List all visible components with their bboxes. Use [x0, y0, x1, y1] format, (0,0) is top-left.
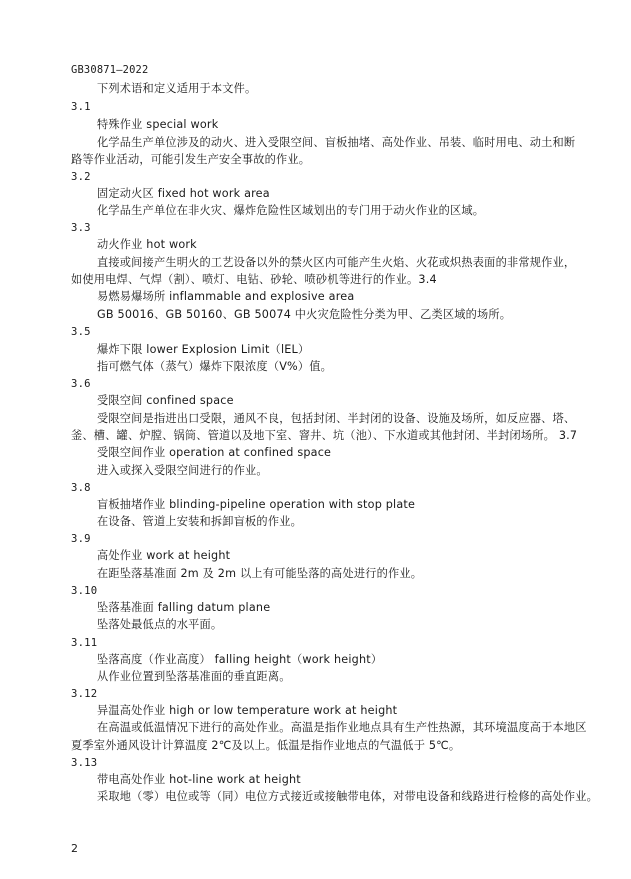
term-definition: 釜、槽、罐、炉膛、锅筒、管道以及地下室、窨井、坑（池）、下水道或其他封闭、半封闭… [71, 429, 577, 443]
term-title: 受限空间 confined space [97, 394, 234, 408]
clause-number: 3.5 [71, 325, 91, 339]
clause-number: 3.3 [71, 221, 91, 235]
term-definition: 在设备、管道上安装和拆卸盲板的作业。 [97, 515, 302, 529]
clause-number: 3.12 [71, 687, 97, 701]
term-title: 特殊作业 special work [97, 118, 218, 132]
term-definition: 化学品生产单位在非火灾、爆炸危险性区域划出的专门用于动火作业的区域。 [97, 204, 484, 218]
intro-text: 下列术语和定义适用于本文件。 [97, 82, 256, 96]
clause-number: 3.6 [71, 377, 91, 391]
term-title: 带电高处作业 hot-line work at height [97, 773, 301, 787]
page-number: 2 [71, 842, 78, 855]
term-definition: 采取地（零）电位或等（同）电位方式接近或接触带电体，对带电设备和线路进行检修的高… [97, 790, 598, 804]
term-title: 爆炸下限 lower Explosion Limit（lEL） [97, 343, 309, 357]
term-definition: 化学品生产单位涉及的动火、进入受限空间、盲板抽堵、高处作业、吊装、临时用电、动土… [97, 136, 575, 150]
term-title: 坠落基准面 falling datum plane [97, 601, 270, 615]
term-definition: 从作业位置到坠落基准面的垂直距离。 [97, 670, 291, 684]
term-title: 易燃易爆场所 inflammable and explosive area [97, 290, 354, 304]
term-title: 固定动火区 fixed hot work area [97, 187, 270, 201]
term-definition: 直接或间接产生明火的工艺设备以外的禁火区内可能产生火焰、火花或炽热表面的非常规作… [97, 256, 575, 270]
clause-number: 3.11 [71, 636, 97, 650]
term-definition: 指可燃气体（蒸气）爆炸下限浓度（V%）值。 [97, 360, 332, 374]
clause-number: 3.9 [71, 532, 91, 546]
term-definition: GB 50016、GB 50160、GB 50074 中火灾危险性分类为甲、乙类… [97, 308, 511, 322]
clause-number: 3.1 [71, 100, 91, 114]
term-definition: 路等作业活动，可能引发生产安全事故的作业。 [71, 153, 310, 167]
term-definition: 进入或探入受限空间进行的作业。 [97, 464, 268, 478]
document-page: GB30871—2022 下列术语和定义适用于本文件。 3.1 特殊作业 spe… [0, 0, 631, 879]
standard-id-header: GB30871—2022 [71, 63, 148, 77]
clause-number: 3.10 [71, 584, 97, 598]
clause-number: 3.2 [71, 170, 91, 184]
term-definition: 在距坠落基准面 2m 及 2m 以上有可能坠落的高处进行的作业。 [97, 567, 422, 581]
term-definition: 坠落处最低点的水平面。 [97, 618, 222, 632]
term-title: 异温高处作业 high or low temperature work at h… [97, 704, 397, 718]
term-definition: 如使用电焊、气焊（割）、喷灯、电钻、砂轮、喷砂机等进行的作业。3.4 [71, 273, 437, 287]
term-title: 坠落高度（作业高度） falling height（work height） [97, 653, 382, 667]
clause-number: 3.13 [71, 756, 97, 770]
term-definition: 受限空间是指进出口受限，通风不良，包括封闭、半封闭的设备、设施及场所，如反应器、… [97, 412, 575, 426]
term-title: 受限空间作业 operation at confined space [97, 446, 331, 460]
term-definition: 夏季室外通风设计计算温度 2℃及以上。低温是指作业地点的气温低于 5℃。 [71, 739, 460, 753]
term-title: 动火作业 hot work [97, 238, 197, 252]
term-title: 盲板抽堵作业 blinding-pipeline operation with … [97, 498, 415, 512]
term-definition: 在高温或低温情况下进行的高处作业。高温是指作业地点具有生产性热源，其环境温度高于… [97, 721, 587, 735]
term-title: 高处作业 work at height [97, 549, 230, 563]
clause-number: 3.8 [71, 481, 91, 495]
